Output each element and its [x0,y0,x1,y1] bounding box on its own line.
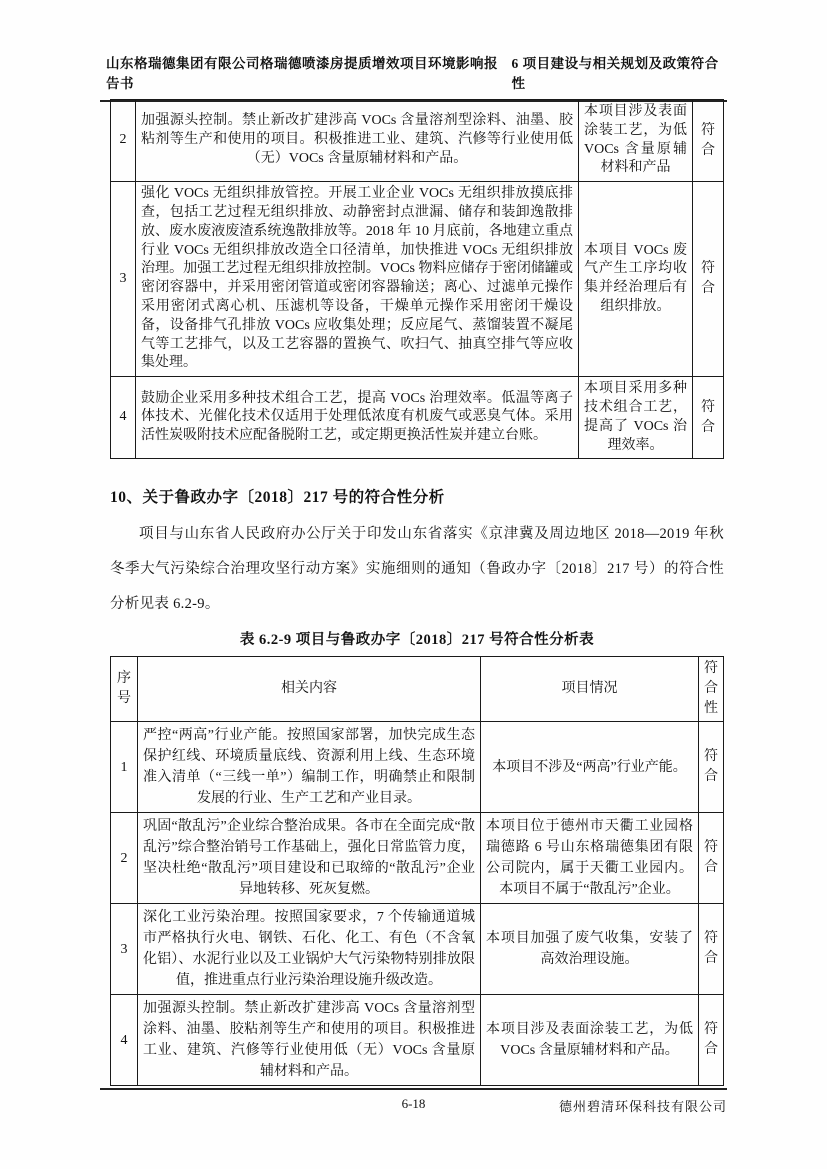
related-content: 严控“两高”行业产能。按照国家部署，加快完成生态保护红线、环境质量底线、资源利用… [138,722,481,813]
row-number: 4 [111,377,136,459]
related-content: 巩固“散乱污”企业综合整治成果。各市在全面完成“散乱污”综合整治销号工作基础上，… [138,813,481,904]
row-number: 2 [111,813,138,904]
compliance-analysis-table: 序号 相关内容 项目情况 符合性 1 严控“两高”行业产能。按照国家部署，加快完… [110,656,724,1086]
measure-content: 加强源头控制。禁止新改扩建涉高 VOCs 含量溶剂型涂料、油墨、胶粘剂等生产和使… [136,100,579,182]
row-number: 3 [111,182,136,377]
related-content: 深化工业污染治理。按照国家要求，7 个传输通道城市严格执行火电、钢铁、石化、化工… [138,904,481,995]
project-situation: 本项目采用多种技术组合工艺，提高了 VOCs 治理效率。 [579,377,693,459]
section-heading: 10、关于鲁政办字〔2018〕217 号的符合性分析 [110,485,724,507]
page-content: 2 加强源头控制。禁止新改扩建涉高 VOCs 含量溶剂型涂料、油墨、胶粘剂等生产… [110,99,724,1086]
col-header-situation: 项目情况 [481,657,699,722]
compliance-status: 符合 [699,813,724,904]
col-header-no: 序号 [111,657,138,722]
project-situation: 本项目涉及表面涂装工艺，为低 VOCs 含量原辅材料和产品 [579,100,693,182]
measure-content: 鼓励企业采用多种技术组合工艺，提高 VOCs 治理效率。低温等离子体技术、光催化… [136,377,579,459]
section-paragraph: 项目与山东省人民政府办公厅关于印发山东省落实《京津冀及周边地区 2018—201… [110,517,724,622]
related-content: 加强源头控制。禁止新改扩建涉高 VOCs 含量溶剂型涂料、油墨、胶粘剂等生产和使… [138,995,481,1086]
project-situation: 本项目 VOCs 废气产生工序均收集并经治理后有组织排放。 [579,182,693,377]
voc-measures-table: 2 加强源头控制。禁止新改扩建涉高 VOCs 含量溶剂型涂料、油墨、胶粘剂等生产… [110,99,724,459]
project-situation: 本项目位于德州市天衢工业园格瑞德路 6 号山东格瑞德集团有限公司院内，属于天衢工… [481,813,699,904]
project-situation: 本项目不涉及“两高”行业产能。 [481,722,699,813]
table-row: 4 鼓励企业采用多种技术组合工艺，提高 VOCs 治理效率。低温等离子体技术、光… [111,377,724,459]
table-row: 2 加强源头控制。禁止新改扩建涉高 VOCs 含量溶剂型涂料、油墨、胶粘剂等生产… [111,100,724,182]
row-number: 1 [111,722,138,813]
measure-content: 强化 VOCs 无组织排放管控。开展工业企业 VOCs 无组织排放摸底排查，包括… [136,182,579,377]
row-number: 4 [111,995,138,1086]
table-row: 3 强化 VOCs 无组织排放管控。开展工业企业 VOCs 无组织排放摸底排查，… [111,182,724,377]
compliance-status: 符合 [693,100,724,182]
page-footer: 6-18 德州碧清环保科技有限公司 [100,1088,727,1115]
compliance-status: 符合 [699,722,724,813]
table-row: 1 严控“两高”行业产能。按照国家部署，加快完成生态保护红线、环境质量底线、资源… [111,722,724,813]
project-situation: 本项目涉及表面涂装工艺，为低 VOCs 含量原辅材料和产品。 [481,995,699,1086]
table-row: 3 深化工业污染治理。按照国家要求，7 个传输通道城市严格执行火电、钢铁、石化、… [111,904,724,995]
col-header-content: 相关内容 [138,657,481,722]
table-title: 表 6.2-9 项目与鲁政办字〔2018〕217 号符合性分析表 [110,628,724,649]
running-header: 山东格瑞德集团有限公司格瑞德喷漆房提质增效项目环境影响报告书 6 项目建设与相关… [100,52,727,102]
compliance-status: 符合 [693,377,724,459]
row-number: 3 [111,904,138,995]
header-report-title: 山东格瑞德集团有限公司格瑞德喷漆房提质增效项目环境影响报告书 [106,52,512,92]
compliance-status: 符合 [699,995,724,1086]
row-number: 2 [111,100,136,182]
document-page: 山东格瑞德集团有限公司格瑞德喷漆房提质增效项目环境影响报告书 6 项目建设与相关… [0,0,827,1169]
project-situation: 本项目加强了废气收集，安装了高效治理设施。 [481,904,699,995]
compliance-status: 符合 [693,182,724,377]
table-row: 2 巩固“散乱污”企业综合整治成果。各市在全面完成“散乱污”综合整治销号工作基础… [111,813,724,904]
compliance-status: 符合 [699,904,724,995]
col-header-compliance: 符合性 [699,657,724,722]
page-number: 6-18 [402,1096,426,1112]
table-header-row: 序号 相关内容 项目情况 符合性 [111,657,724,722]
table-row: 4 加强源头控制。禁止新改扩建涉高 VOCs 含量溶剂型涂料、油墨、胶粘剂等生产… [111,995,724,1086]
header-chapter-title: 6 项目建设与相关规划及政策符合性 [512,52,726,92]
